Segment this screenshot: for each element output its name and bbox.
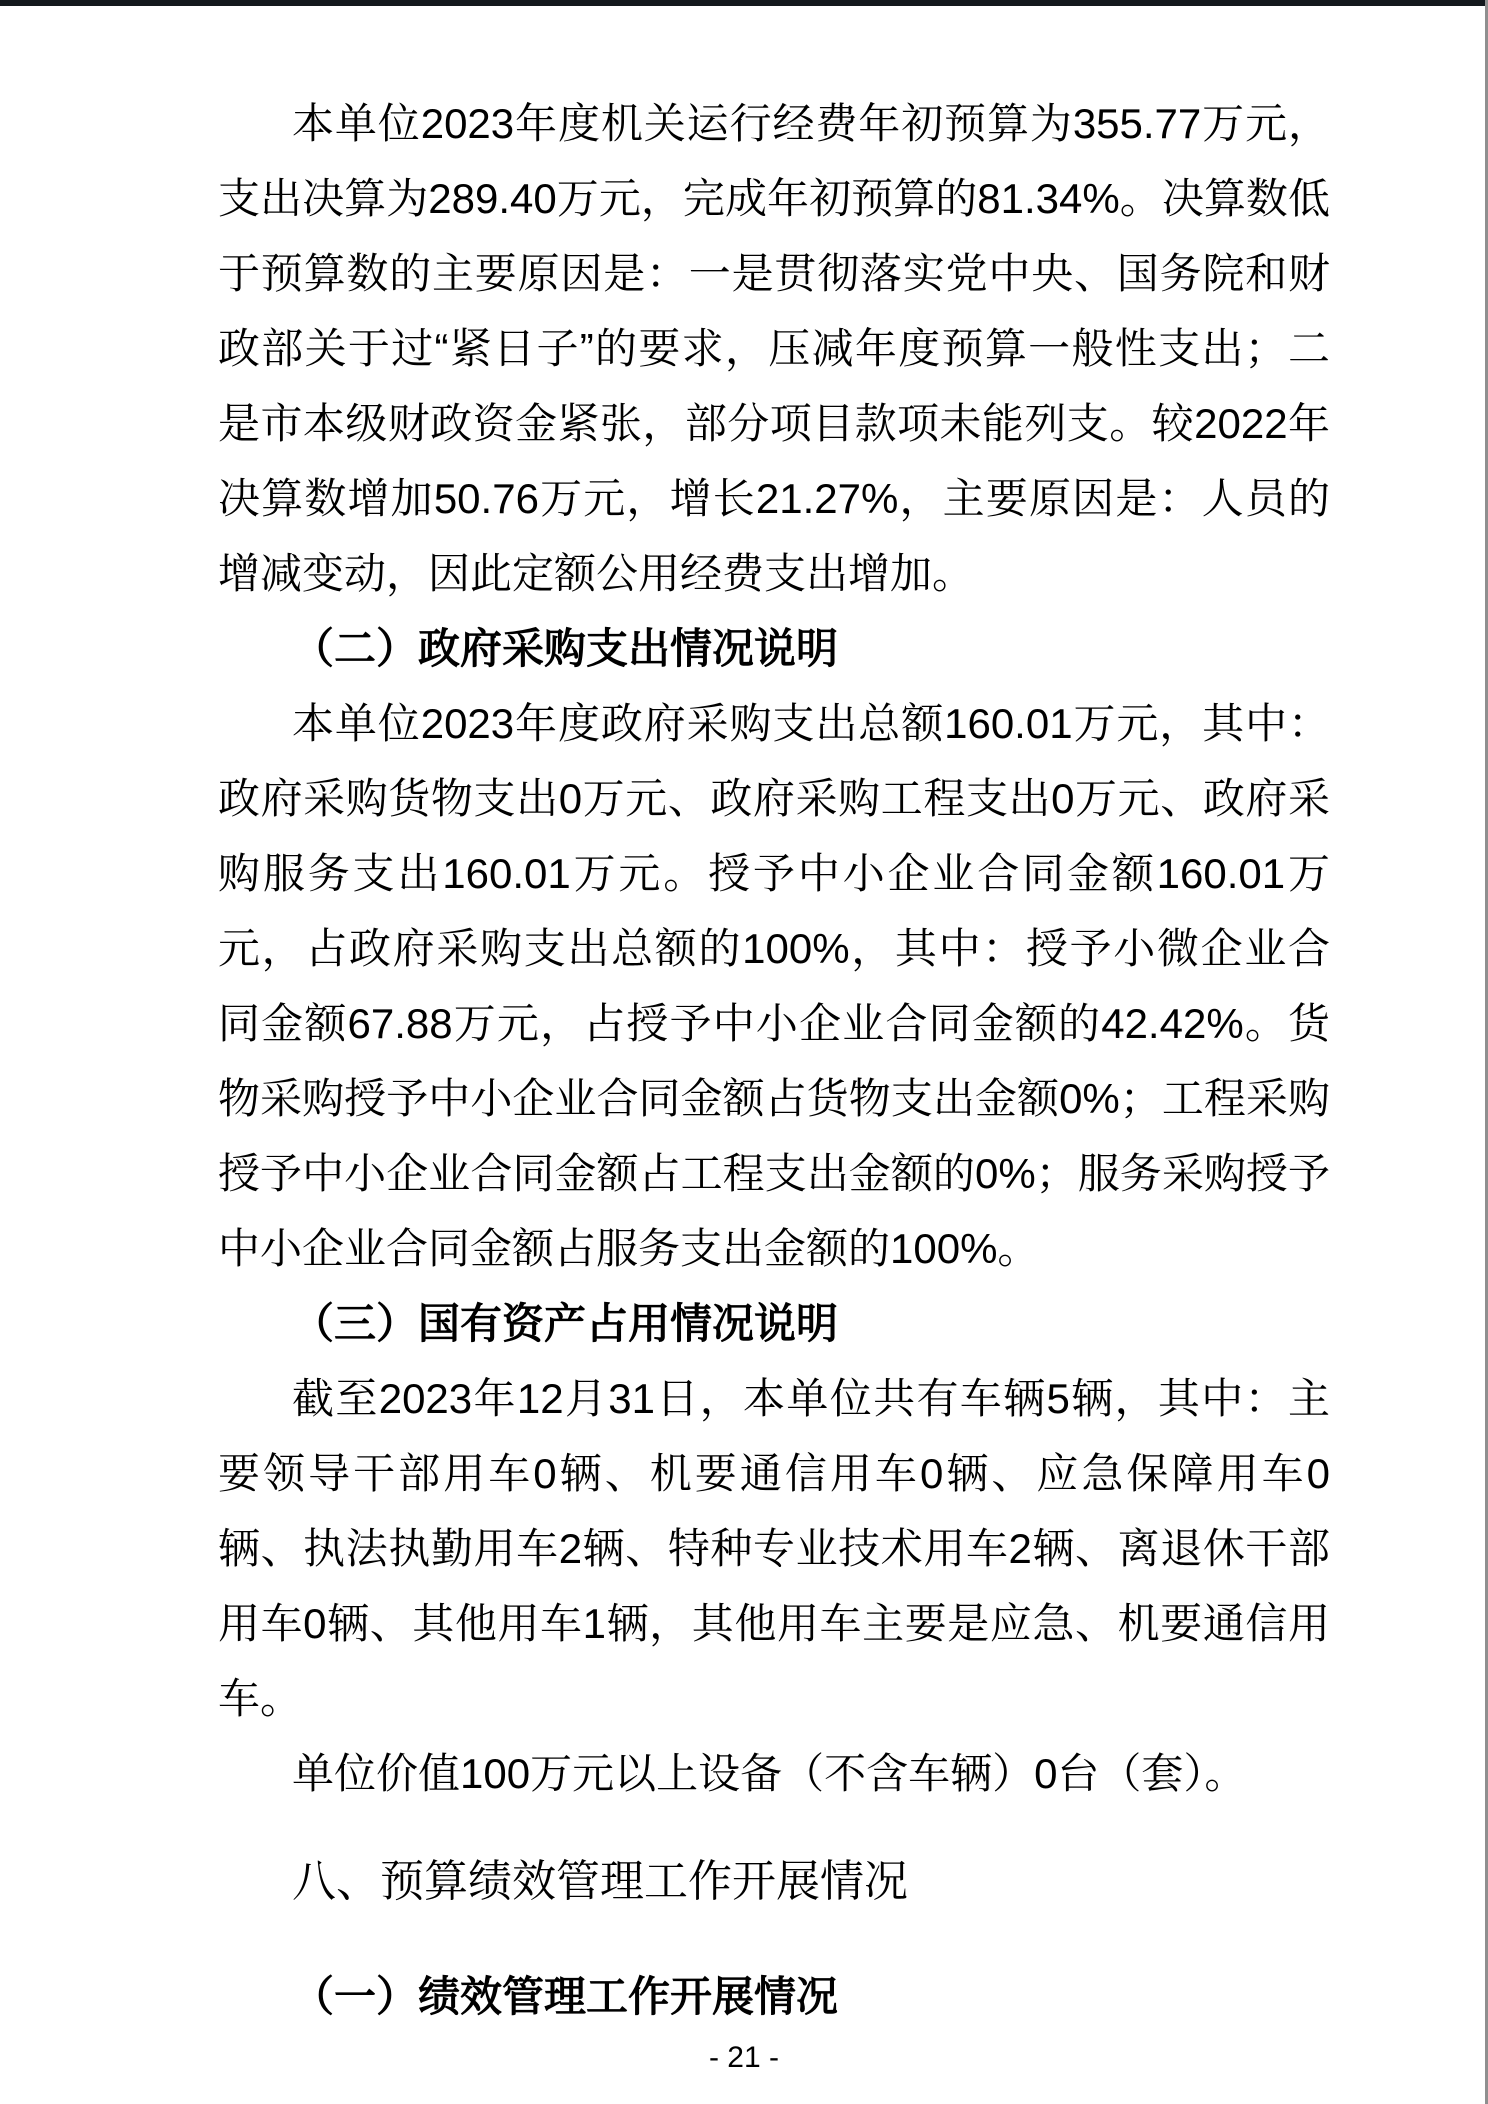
paragraph-vehicles: 截至2023年12月31日，本单位共有车辆5辆，其中：主要领导干部用车0辆、机要…: [218, 1361, 1330, 1736]
page-number: - 21 -: [0, 2040, 1488, 2076]
heading-state-assets: （三）国有资产占用情况说明: [218, 1286, 1330, 1361]
heading-gov-procurement: （二）政府采购支出情况说明: [218, 611, 1330, 686]
document-page: 本单位2023年度机关运行经费年初预算为355.77万元，支出决算为289.40…: [0, 0, 1488, 2104]
paragraph-operating-expenses: 本单位2023年度机关运行经费年初预算为355.77万元，支出决算为289.40…: [218, 86, 1330, 611]
paragraph-gov-procurement: 本单位2023年度政府采购支出总额160.01万元，其中：政府采购货物支出0万元…: [218, 686, 1330, 1286]
top-border: [0, 0, 1488, 6]
document-body: 本单位2023年度机关运行经费年初预算为355.77万元，支出决算为289.40…: [218, 86, 1330, 2034]
heading-section-eight: 八、预算绩效管理工作开展情况: [218, 1844, 1330, 1919]
heading-performance-management: （一）绩效管理工作开展情况: [218, 1959, 1330, 2034]
paragraph-equipment: 单位价值100万元以上设备（不含车辆）0台（套）。: [218, 1736, 1330, 1811]
